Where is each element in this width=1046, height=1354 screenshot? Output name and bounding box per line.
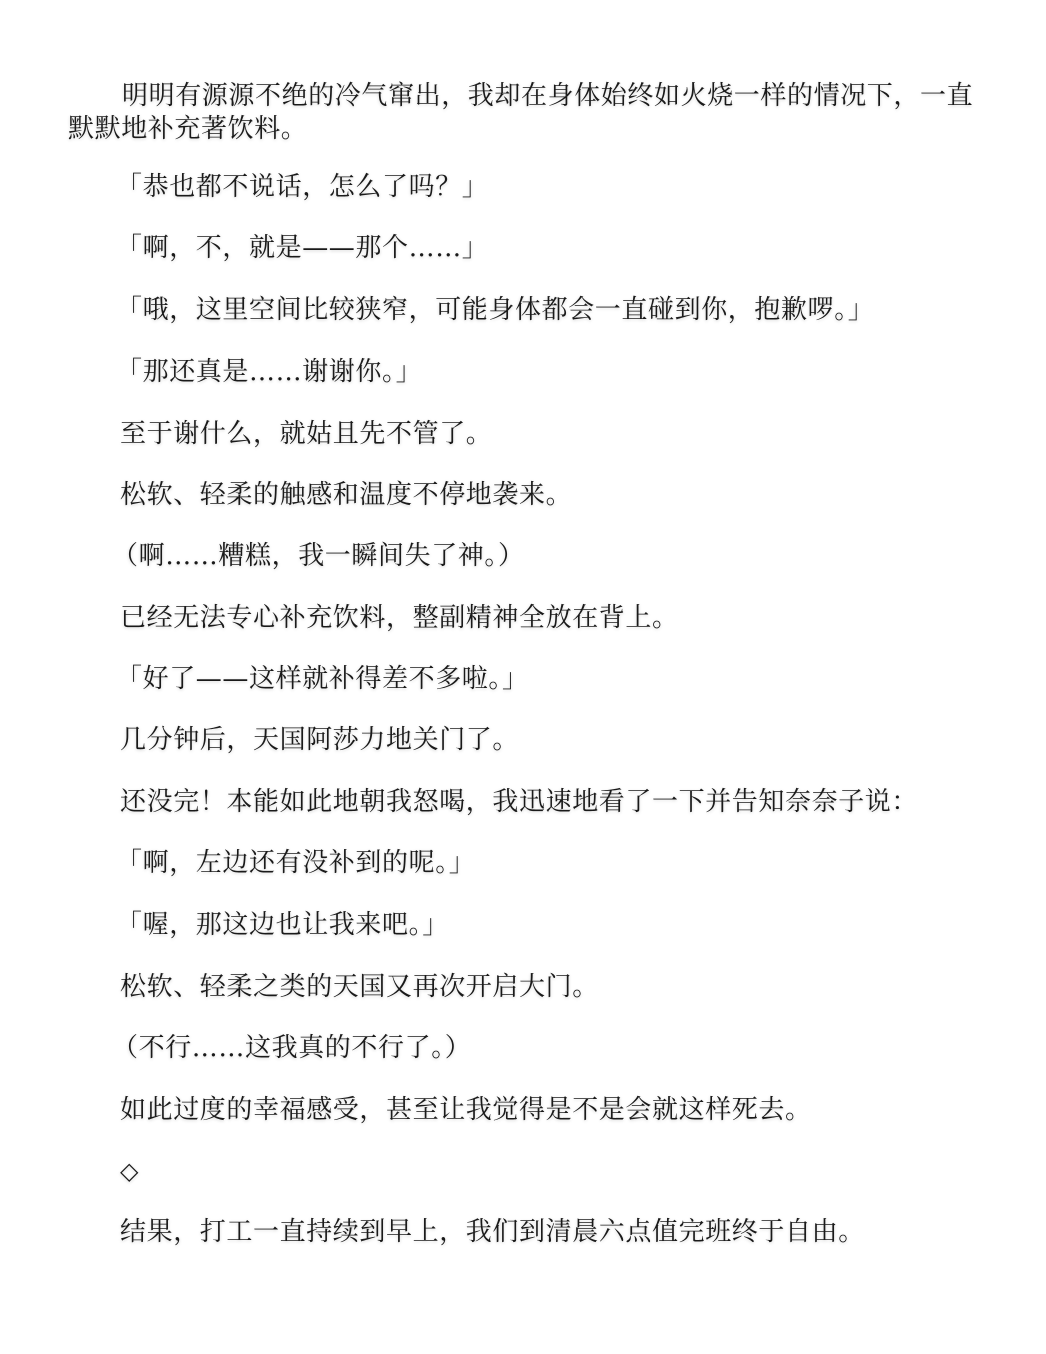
- paragraph-dialog: 「啊，不，就是——那个……」: [116, 231, 488, 265]
- paragraph-narration: 还没完！本能如此地朝我怒喝，我迅速地看了一下并告知奈奈子说：: [120, 785, 918, 819]
- document-page: 明明有源源不绝的冷气窜出，我却在身体始终如火烧一样的情况下，一直默默地补充著饮料…: [0, 0, 1046, 1354]
- paragraph-dialog: 「好了——这样就补得差不多啦。」: [116, 662, 529, 696]
- paragraph-narration: 松软、轻柔之类的天国又再次开启大门。: [120, 970, 599, 1004]
- paragraph-narration: 结果，打工一直持续到早上，我们到清晨六点值完班终于自由。: [120, 1215, 865, 1249]
- paragraph-narration: 明明有源源不绝的冷气窜出，我却在身体始终如火烧一样的情况下，一直默默地补充著饮料…: [68, 80, 978, 146]
- paragraph-dialog: 「啊，左边还有没补到的呢。」: [116, 846, 475, 880]
- paragraph-narration: 几分钟后，天国阿莎力地关门了。: [120, 723, 519, 757]
- paragraph-thought: （不行……这我真的不行了。）: [112, 1031, 471, 1065]
- paragraph-thought: （啊……糟糕，我一瞬间失了神。）: [112, 539, 525, 573]
- paragraph-narration: 至于谢什么，就姑且先不管了。: [120, 417, 492, 451]
- paragraph-narration: 松软、轻柔的触感和温度不停地袭来。: [120, 478, 572, 512]
- scene-break-diamond-icon: ◇: [120, 1154, 139, 1188]
- paragraph-narration: 已经无法专心补充饮料，整副精神全放在背上。: [120, 601, 679, 635]
- paragraph-dialog: 「喔，那这边也让我来吧。」: [116, 908, 449, 942]
- paragraph-dialog: 「哦，这里空间比较狭窄，可能身体都会一直碰到你，抱歉啰。」: [116, 293, 874, 327]
- paragraph-narration: 如此过度的幸福感受，甚至让我觉得是不是会就这样死去。: [120, 1093, 812, 1127]
- paragraph-dialog: 「恭也都不说话，怎么了吗？」: [116, 170, 488, 204]
- paragraph-dialog: 「那还真是……谢谢你。」: [116, 355, 422, 389]
